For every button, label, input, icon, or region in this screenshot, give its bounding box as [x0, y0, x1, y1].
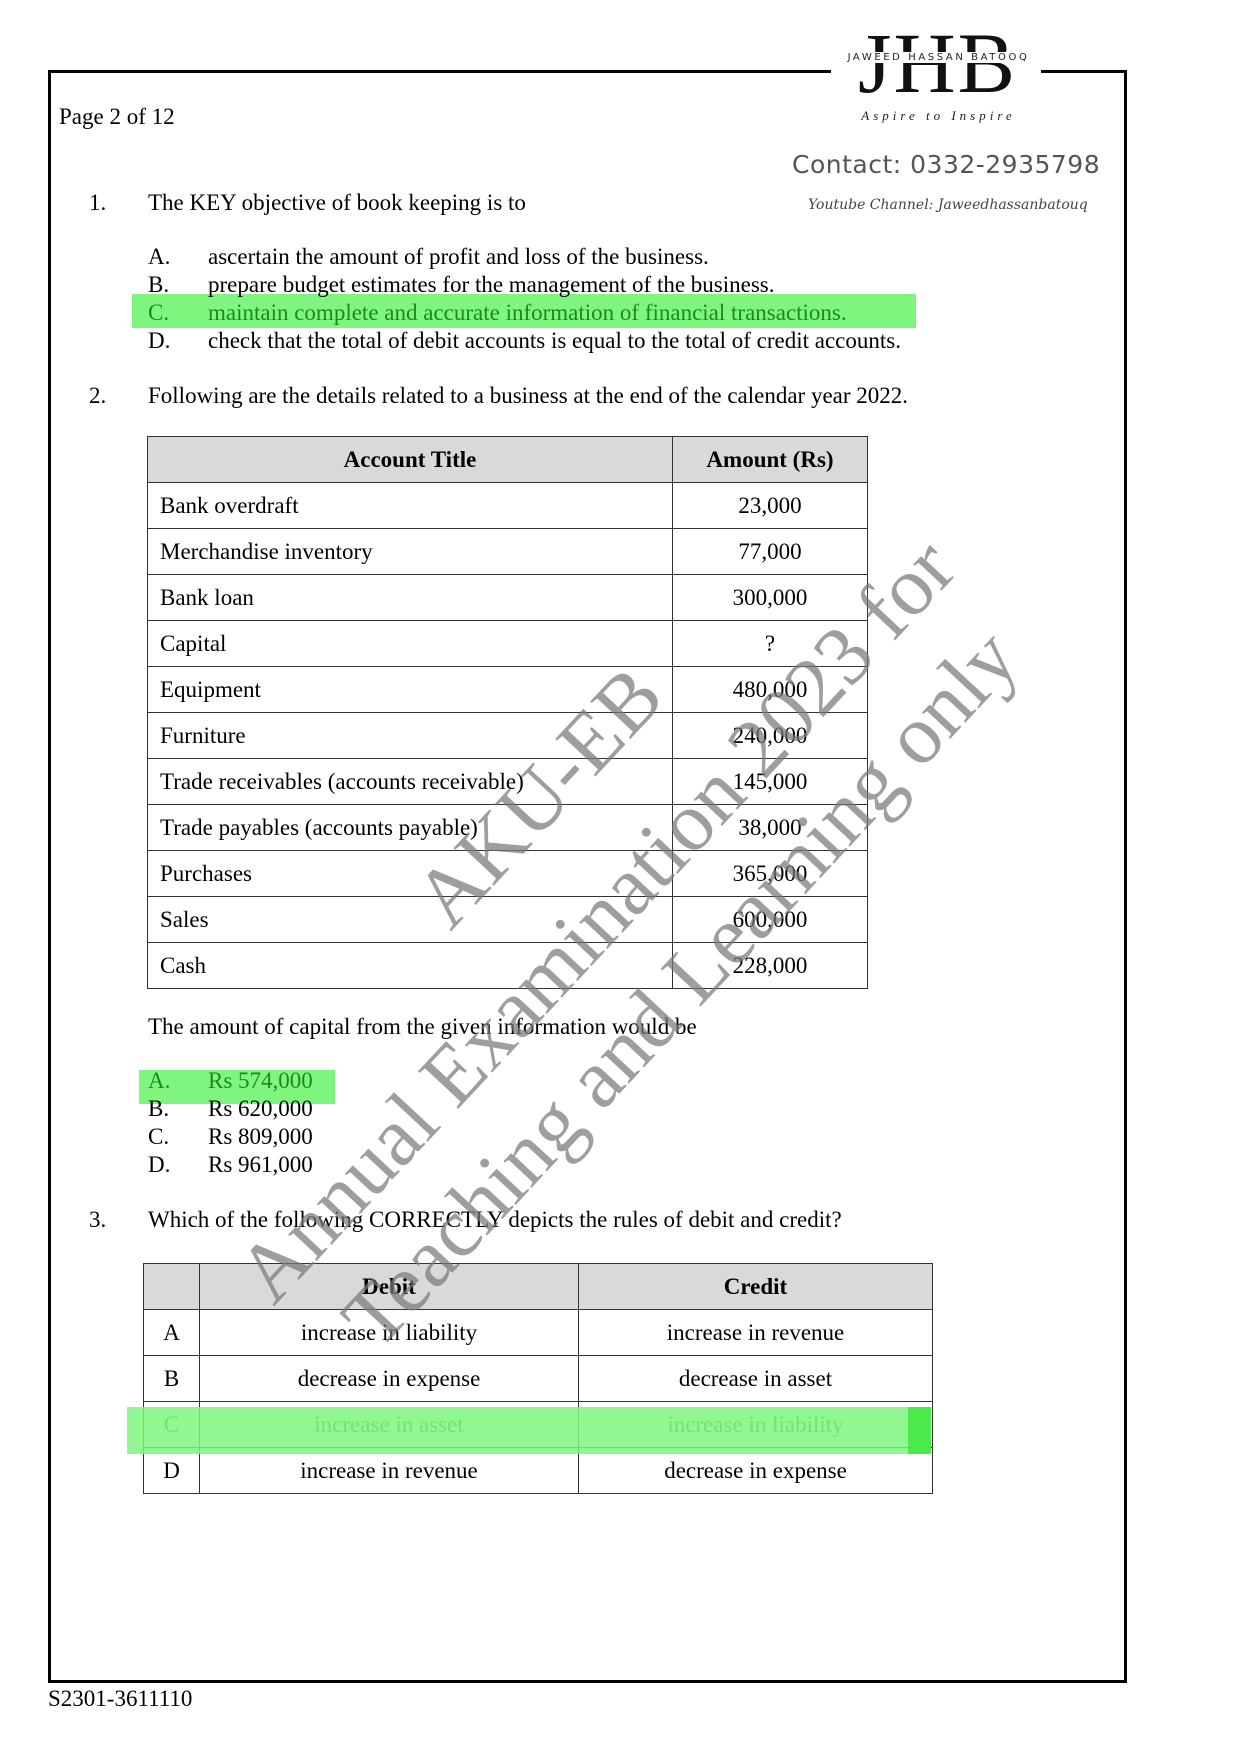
page-border-left: [48, 70, 51, 1683]
col-debit: Debit: [200, 1264, 579, 1310]
table-row: Aincrease in liabilityincrease in revenu…: [144, 1310, 933, 1356]
q2-prompt: The amount of capital from the given inf…: [148, 1013, 697, 1041]
credit-cell: decrease in expense: [579, 1448, 933, 1494]
credit-cell: decrease in asset: [579, 1356, 933, 1402]
accounts-table: Account Title Amount (Rs) Bank overdraft…: [147, 436, 868, 989]
q2-text: Following are the details related to a b…: [148, 382, 908, 410]
q2-option-d-text: Rs 961,000: [208, 1151, 313, 1179]
page-label: Page 2 of 12: [59, 103, 175, 131]
q2-option-a-text: Rs 574,000: [208, 1067, 313, 1095]
account-title-cell: Furniture: [148, 713, 673, 759]
amount-cell: 600,000: [673, 897, 868, 943]
q1-option-c-letter: C.: [148, 299, 169, 327]
option-cell: B: [144, 1356, 200, 1402]
page-border-top-right: [1041, 70, 1127, 73]
q1-option-d-text: check that the total of debit accounts i…: [208, 327, 901, 355]
debit-cell: increase in liability: [200, 1310, 579, 1356]
debit-cell: decrease in expense: [200, 1356, 579, 1402]
amount-cell: 240,000: [673, 713, 868, 759]
table-row: Bank loan300,000: [148, 575, 868, 621]
amount-cell: 145,000: [673, 759, 868, 805]
account-title-cell: Merchandise inventory: [148, 529, 673, 575]
debit-credit-table-header: Debit Credit: [144, 1264, 933, 1310]
q3-text: Which of the following CORRECTLY depicts…: [148, 1206, 842, 1234]
q3-answer-highlight: [127, 1407, 931, 1454]
table-row: Equipment480,000: [148, 667, 868, 713]
logo-name: JAWEED HASSAN BATOOQ: [836, 52, 1041, 63]
q1-text: The KEY objective of book keeping is to: [148, 189, 526, 217]
table-row: Trade receivables (accounts receivable)1…: [148, 759, 868, 805]
amount-cell: 23,000: [673, 483, 868, 529]
q1-number: 1.: [89, 189, 106, 217]
option-cell: D: [144, 1448, 200, 1494]
account-title-cell: Bank loan: [148, 575, 673, 621]
q1-option-c-text: maintain complete and accurate informati…: [208, 299, 847, 327]
col-credit: Credit: [579, 1264, 933, 1310]
account-title-cell: Bank overdraft: [148, 483, 673, 529]
q1-option-a-letter: A.: [148, 243, 170, 271]
table-row: Trade payables (accounts payable)38,000: [148, 805, 868, 851]
table-row: Sales600,000: [148, 897, 868, 943]
table-row: Dincrease in revenuedecrease in expense: [144, 1448, 933, 1494]
table-row: Merchandise inventory77,000: [148, 529, 868, 575]
q3-number: 3.: [89, 1206, 106, 1234]
amount-cell: 300,000: [673, 575, 868, 621]
q2-number: 2.: [89, 382, 106, 410]
table-row: Furniture240,000: [148, 713, 868, 759]
option-cell: A: [144, 1310, 200, 1356]
q1-option-b-letter: B.: [148, 271, 169, 299]
contact-number: Contact: 0332-2935798: [792, 150, 1100, 179]
q3-answer-highlight-edge: [908, 1407, 931, 1454]
table-row: Bank overdraft23,000: [148, 483, 868, 529]
col-account-title: Account Title: [148, 437, 673, 483]
q2-option-b-text: Rs 620,000: [208, 1095, 313, 1123]
footer-code: S2301-3611110: [48, 1685, 192, 1713]
amount-cell: 77,000: [673, 529, 868, 575]
q2-option-b-letter: B.: [148, 1095, 169, 1123]
account-title-cell: Capital: [148, 621, 673, 667]
q2-option-a-letter: A.: [148, 1067, 170, 1095]
page-border-top-left: [48, 70, 831, 73]
page-border-bottom: [48, 1680, 1127, 1683]
amount-cell: ?: [673, 621, 868, 667]
q2-option-c-text: Rs 809,000: [208, 1123, 313, 1151]
table-row: Capital?: [148, 621, 868, 667]
q1-option-b-text: prepare budget estimates for the managem…: [208, 271, 775, 299]
col-amount: Amount (Rs): [673, 437, 868, 483]
account-title-cell: Trade payables (accounts payable): [148, 805, 673, 851]
table-row: Bdecrease in expensedecrease in asset: [144, 1356, 933, 1402]
account-title-cell: Purchases: [148, 851, 673, 897]
credit-cell: increase in revenue: [579, 1310, 933, 1356]
debit-cell: increase in revenue: [200, 1448, 579, 1494]
logo-mark: JHB: [835, 24, 1040, 102]
amount-cell: 228,000: [673, 943, 868, 989]
table-row: Purchases365,000: [148, 851, 868, 897]
q1-option-d-letter: D.: [148, 327, 170, 355]
q2-option-d-letter: D.: [148, 1151, 170, 1179]
q2-option-c-letter: C.: [148, 1123, 169, 1151]
debit-credit-table: Debit Credit Aincrease in liabilityincre…: [143, 1263, 933, 1494]
amount-cell: 38,000: [673, 805, 868, 851]
table-row: Cash228,000: [148, 943, 868, 989]
logo-tagline: Aspire to Inspire: [836, 108, 1041, 124]
q1-option-a-text: ascertain the amount of profit and loss …: [208, 243, 709, 271]
amount-cell: 480,000: [673, 667, 868, 713]
amount-cell: 365,000: [673, 851, 868, 897]
page-border-right: [1124, 70, 1127, 1683]
account-title-cell: Equipment: [148, 667, 673, 713]
account-title-cell: Sales: [148, 897, 673, 943]
col-option: [144, 1264, 200, 1310]
account-title-cell: Trade receivables (accounts receivable): [148, 759, 673, 805]
youtube-channel: Youtube Channel: Jaweedhassanbatouq: [808, 197, 1088, 213]
accounts-table-header: Account Title Amount (Rs): [148, 437, 868, 483]
account-title-cell: Cash: [148, 943, 673, 989]
